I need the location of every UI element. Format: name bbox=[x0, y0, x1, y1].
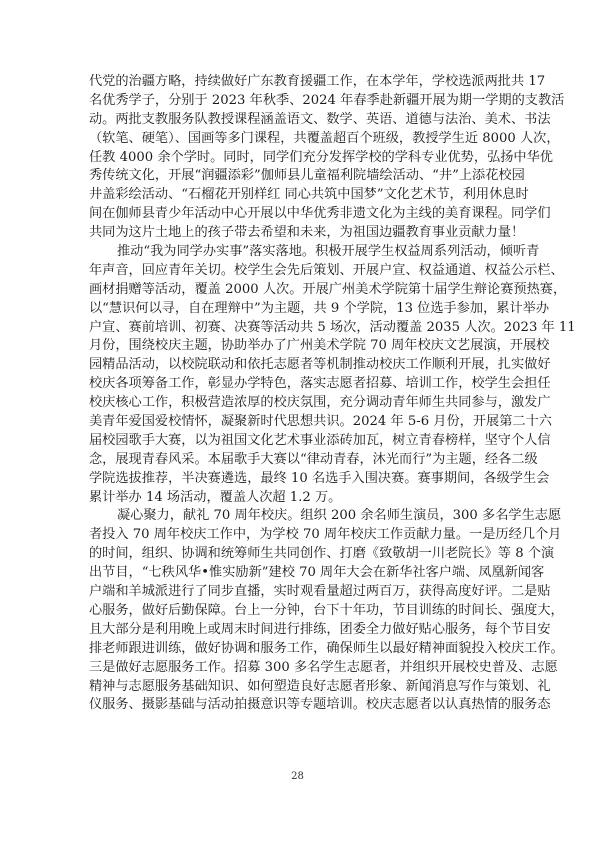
text-line: 者投入 70 周年校庆工作中，为学校 70 周年校庆工作贡献力量。一是历经几个月 bbox=[89, 526, 507, 545]
text-line: 共同为这片土地上的孩子带去希望和未来，为祖国边疆教育事业贡献力量！ bbox=[89, 224, 507, 243]
body-text: 代党的治疆方略，持续做好广东教育援疆工作，在本学年，学校选派两批共 17 名优秀… bbox=[89, 73, 507, 715]
text-line: 的时间，组织、协调和统筹师生共同创作、打磨《致敬胡一川老院长》等 8 个演 bbox=[89, 545, 507, 564]
paragraph-anniversary: 凝心聚力，献礼 70 周年校庆。组织 200 余名师生演员，300 多名学生志愿… bbox=[89, 507, 507, 715]
text-line: 户端和羊城派进行了同步直播，实时观看量超过两百万，获得高度好评。二是贴 bbox=[89, 583, 507, 602]
text-line: 推动“我为同学办实事”落实落地。积极开展学生权益周系列活动，倾听青 bbox=[89, 243, 507, 262]
paragraph-student-affairs: 推动“我为同学办实事”落实落地。积极开展学生权益周系列活动，倾听青 年声音，回应… bbox=[89, 243, 507, 507]
paragraph-xinjiang-teaching: 代党的治疆方略，持续做好广东教育援疆工作，在本学年，学校选派两批共 17 名优秀… bbox=[89, 73, 507, 243]
text-line: 心服务，做好后勤保障。台上一分钟，台下十年功，节目训练的时间长、强度大， bbox=[89, 602, 507, 621]
text-line: 凝心聚力，献礼 70 周年校庆。组织 200 余名师生演员，300 多名学生志愿 bbox=[89, 507, 507, 526]
text-line: 且大部分是利用晚上或周末时间进行排练，团委全力做好贴心服务，每个节目安 bbox=[89, 621, 507, 640]
text-line: 画材捐赠等活动，覆盖 2000 人次。开展广州美术学院第十届学生辩论赛预热赛， bbox=[89, 281, 507, 300]
text-line: 间在伽师县青少年活动中心开展以中华优秀非遗文化为主线的美育课程。同学们 bbox=[89, 205, 507, 224]
text-line: 三是做好志愿服务工作。招募 300 多名学生志愿者，并组织开展校史普及、志愿 bbox=[89, 659, 507, 678]
text-line: 名优秀学子，分别于 2023 年秋季、2024 年春季赴新疆开展为期一学期的支教… bbox=[89, 92, 507, 111]
text-line: 园精品活动，以校院联动和依托志愿者等机制推动校庆工作顺利开展，扎实做好 bbox=[89, 356, 507, 375]
text-line: 校庆核心工作，积极营造浓厚的校庆氛围，充分调动青年师生共同参与，激发广 bbox=[89, 394, 507, 413]
document-page: 代党的治疆方略，持续做好广东教育援疆工作，在本学年，学校选派两批共 17 名优秀… bbox=[0, 0, 595, 842]
text-line: 念，展现青春风采。本届歌手大赛以“律动青春，沐光而行”为主题，经各二级 bbox=[89, 451, 507, 470]
text-line: 届校园歌手大赛，以为祖国文化艺术事业添砖加瓦，树立青春榜样，坚守个人信 bbox=[89, 432, 507, 451]
text-line: 任教 4000 余个学时。同时，同学们充分发挥学校的学科专业优势，弘扬中华优 bbox=[89, 149, 507, 168]
text-line: 秀传统文化，开展“润疆添彩”伽师县儿童福利院墙绘活动、“井”上添花校园 bbox=[89, 167, 507, 186]
text-line: 户宣、赛前培训、初赛、决赛等活动共 5 场次，活动覆盖 2035 人次。2023… bbox=[89, 319, 507, 338]
text-line: 学院选拔推荐，半决赛遴选，最终 10 名选手入围决赛。赛事期间，各级学生会 bbox=[89, 470, 507, 489]
text-line: 井盖彩绘活动、“石榴花开别样红 同心共筑中国梦”文化艺术节，利用休息时 bbox=[89, 186, 507, 205]
text-line: 校庆各项筹备工作，彰显办学特色，落实志愿者招募、培训工作，校学生会担任 bbox=[89, 375, 507, 394]
text-line: 动。两批支教服务队教授课程涵盖语文、数学、英语、道德与法治、美术、书法 bbox=[89, 111, 507, 130]
text-line: 美青年爱国爱校情怀，凝聚新时代思想共识。2024 年 5-6 月份，开展第二十六 bbox=[89, 413, 507, 432]
text-line: 以“慧识何以寻，自在理辩中”为主题，共 9 个学院，13 位选手参加，累计举办 bbox=[89, 300, 507, 319]
text-line: 精神与志愿服务基础知识、如何塑造良好志愿者形象、新闻消息写作与策划、礼 bbox=[89, 678, 507, 697]
text-line: 年声音，回应青年关切。校学生会先后策划、开展户宣、权益通道、权益公示栏、 bbox=[89, 262, 507, 281]
text-line: （软笔、硬笔）、国画等多门课程，共覆盖超百个班级，教授学生近 8000 人次， bbox=[89, 130, 507, 149]
text-line: 累计举办 14 场活动，覆盖人次超 1.2 万。 bbox=[89, 489, 507, 508]
text-line: 出节目，“七秩风华•惟实励新”建校 70 周年大会在新华社客户端、凤凰新闻客 bbox=[89, 564, 507, 583]
text-line: 月份，围绕校庆主题，协助举办了广州美术学院 70 周年校庆文艺展演，开展校 bbox=[89, 337, 507, 356]
text-line: 仪服务、摄影基础与活动拍摄意识等专题培训。校庆志愿者以认真热情的服务态 bbox=[89, 696, 507, 715]
page-number: 28 bbox=[0, 771, 595, 782]
text-line: 代党的治疆方略，持续做好广东教育援疆工作，在本学年，学校选派两批共 17 bbox=[89, 73, 507, 92]
text-line: 排老师跟进训练，做好协调和服务工作，确保师生以最好精神面貌投入校庆工作。 bbox=[89, 640, 507, 659]
